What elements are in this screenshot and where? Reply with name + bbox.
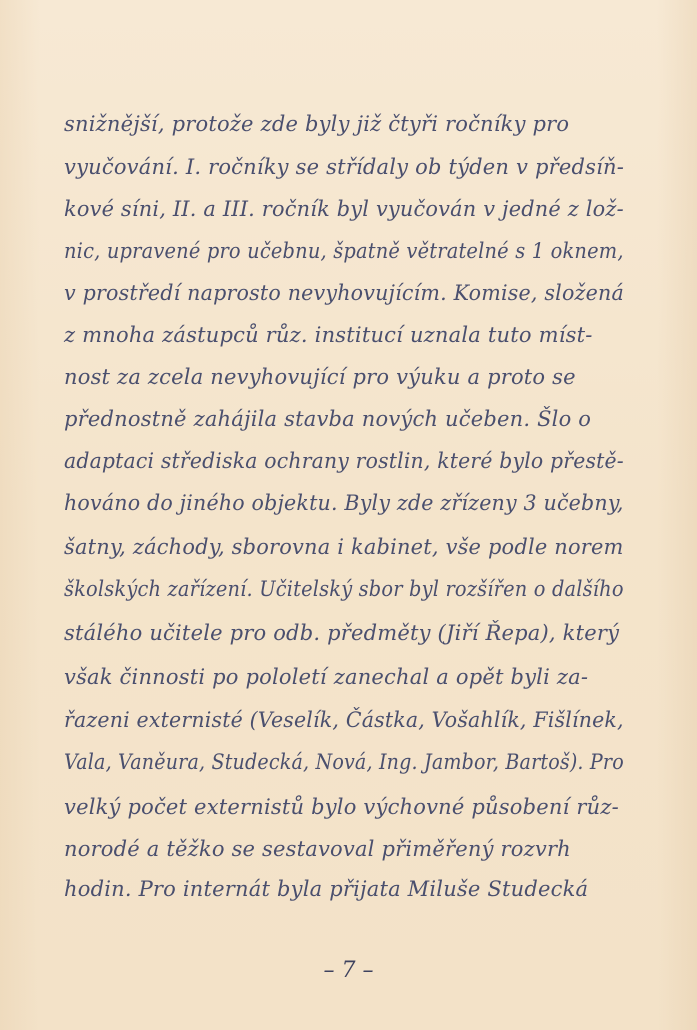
text-line: velký počet externistů bylo výchovné půs… [64,795,624,819]
text-line: školských zařízení. Učitelský sbor byl r… [64,577,581,601]
text-line: hováno do jiného objektu. Byly zde zříze… [64,491,612,515]
text-line: vyučování. I. ročníky se střídaly ob týd… [64,155,624,179]
text-line: nic, upravené pro učebnu, špatně větrate… [64,239,581,263]
text-line: v prostředí naprosto nevyhovujícím. Komi… [64,281,613,305]
document-page: snižnější, protože zde byly již čtyři ro… [0,0,697,1030]
text-line: však činnosti po pololetí zanechal a opě… [64,665,624,689]
text-line: adaptaci střediska ochrany rostlin, kter… [64,449,608,473]
text-line: stálého učitele pro odb. předměty (Jiří … [64,621,624,645]
page-number: – 7 – [0,958,697,983]
text-line: přednostně zahájila stavba nových učeben… [64,407,624,431]
text-line: šatny, záchody, sborovna i kabinet, vše … [64,535,622,559]
text-line: snižnější, protože zde byly již čtyři ro… [64,112,624,136]
text-line: norodé a těžko se sestavoval přiměřený r… [64,837,624,861]
text-line: řazeni externisté (Veselík, Částka, Voša… [64,708,610,732]
text-line: kové síni, II. a III. ročník byl vyučová… [64,197,620,221]
text-line: z mnoha zástupců růz. institucí uznala t… [64,323,624,347]
text-line: nost za zcela nevyhovující pro výuku a p… [64,365,624,389]
text-line: hodin. Pro internát byla přijata Miluše … [64,877,624,901]
text-line: Vala, Vaněura, Studecká, Nová, Ing. Jamb… [64,750,572,774]
